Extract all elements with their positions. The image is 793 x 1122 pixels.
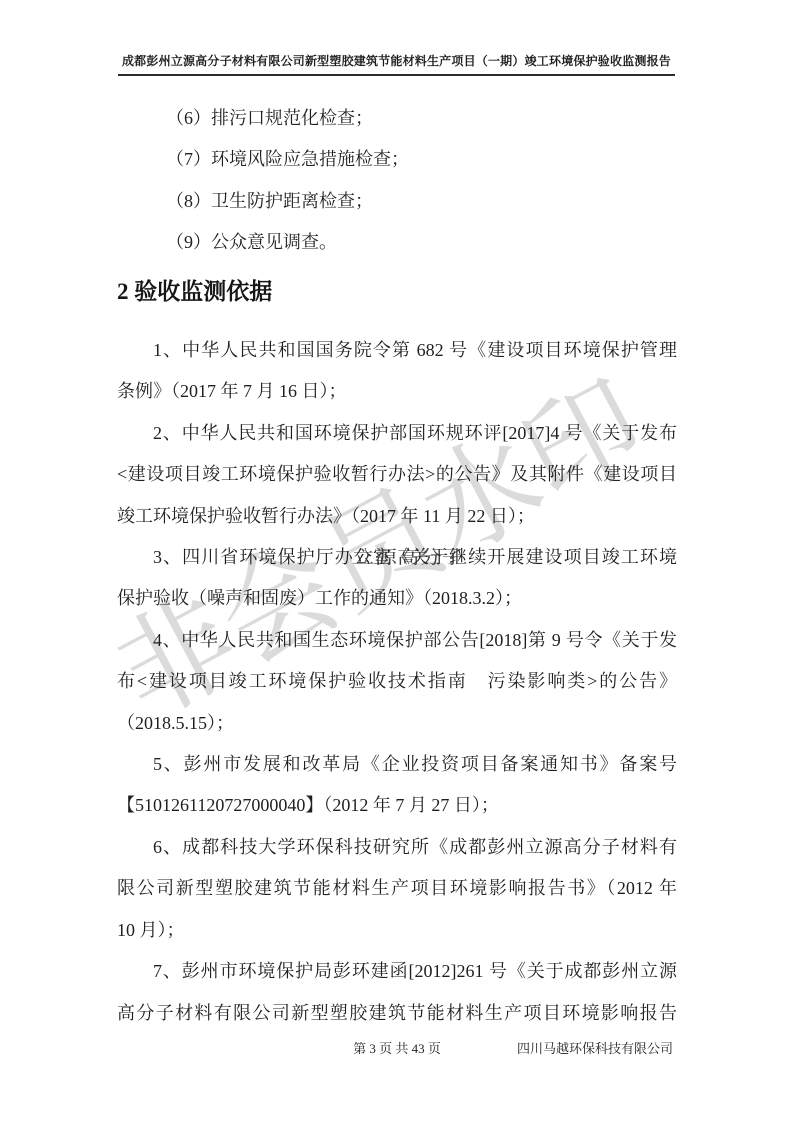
text-line: 条例》（2017 年 7 月 16 日）； [117, 371, 677, 412]
header-title: 成都彭州立源高分子材料有限公司新型塑胶建筑节能材料生产项目（一期）竣工环境保护验… [118, 53, 675, 70]
checklist-items: （6）排污口规范化检查； （7）环境风险应急措施检查； （8）卫生防护距离检查；… [117, 98, 677, 264]
text-line: 6、成都科技大学环保科技研究所《成都彭州立源高分子材料有 [117, 827, 677, 868]
body-text: 1、中华人民共和国国务院令第 682 号《建设项目环境保护管理 条例》（2017… [117, 330, 677, 1034]
text-line: 【5101261120727000040】（2012 年 7 月 27 日）； [117, 785, 677, 826]
text-line: 限公司新型塑胶建筑节能材料生产项目环境影响报告书》（2012 年 [117, 868, 677, 909]
text-line: <建设项目竣工环境保护验收暂行办法>的公告》及其附件《建设项目 [117, 454, 677, 495]
text-line: 5、彭州市发展和改革局《企业投资项目备案通知书》备案号 [117, 744, 677, 785]
list-item: （9）公众意见调查。 [117, 222, 677, 263]
text-line: 10 月）； [117, 910, 677, 951]
document-page: 非会员水印 成都彭州立源高分子材料有限公司新型塑胶建筑节能材料生产项目（一期）竣… [0, 0, 793, 1122]
text-line: 高分子材料有限公司新型塑胶建筑节能材料生产项目环境影响报告 [117, 993, 677, 1034]
text-line: 竣工环境保护验收暂行办法》（2017 年 11 月 22 日）； [117, 496, 677, 537]
section-heading: 2 验收监测依据 [117, 276, 272, 308]
list-item: （7）环境风险应急措施检查； [117, 139, 677, 180]
text-line: 7、彭州市环境保护局彭环建函[2012]261 号《关于成都彭州立源 [117, 951, 677, 992]
text-line: 布<建设项目竣工环境保护验收技术指南 污染影响类>的公告》 [117, 661, 677, 702]
text-line: 1、中华人民共和国国务院令第 682 号《建设项目环境保护管理 [117, 330, 677, 371]
page-header: 成都彭州立源高分子材料有限公司新型塑胶建筑节能材料生产项目（一期）竣工环境保护验… [118, 53, 675, 76]
text-line: 2、中华人民共和国环境保护部国环规环评[2017]4 号《关于发布 [117, 413, 677, 454]
list-item: （8）卫生防护距离检查； [117, 181, 677, 222]
text-line: 保护验收（噪声和固废）工作的通知》（2018.3.2）； [117, 578, 677, 619]
footer-company: 四川马越环保科技有限公司 [517, 1040, 673, 1058]
page-number: 第 3 页 共 43 页 [353, 1041, 441, 1056]
text-line: 4、中华人民共和国生态环境保护部公告[2018]第 9 号令《关于发 [117, 620, 677, 661]
list-item: （6）排污口规范化检查； [117, 98, 677, 139]
page-footer: 第 3 页 共 43 页 四川马越环保科技有限公司 [117, 1040, 677, 1060]
text-line: （2018.5.15）； [117, 703, 677, 744]
company-watermark: 立源高分子 [352, 548, 464, 568]
